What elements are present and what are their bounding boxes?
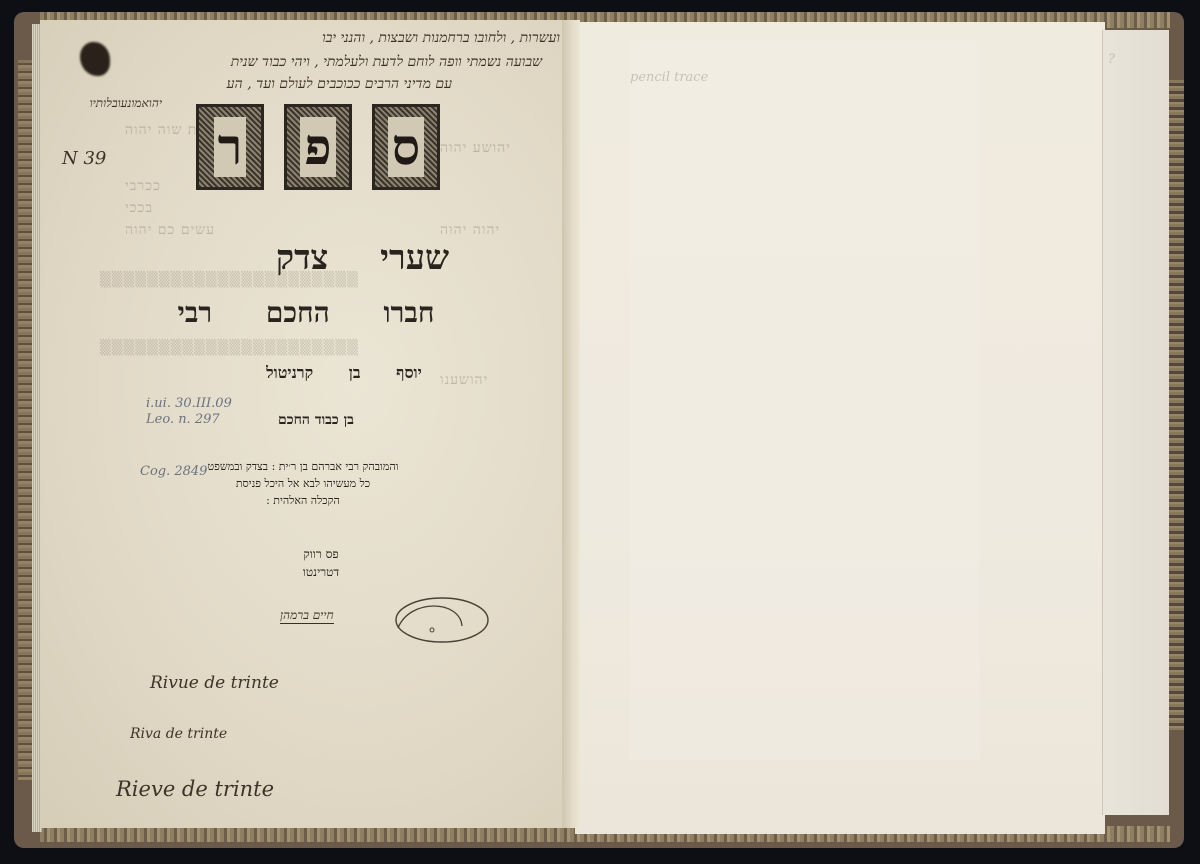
- right-page-pencil-trace: pencil trace: [630, 70, 708, 85]
- handwritten-header-line-4: יהואמונעובלותיו: [52, 96, 162, 111]
- handwritten-header-line-1: ועשרות , ולחובו ברחמנות ושבצות , והנני י…: [120, 30, 560, 47]
- show-through-line: יהוה יהוה: [440, 222, 500, 239]
- binding-edge-right: [1168, 80, 1184, 730]
- right-flyleaf-mark: ?: [1108, 52, 1115, 67]
- book-title: שערי צדק: [250, 238, 475, 278]
- show-through-line: בככי: [125, 200, 153, 217]
- book-gutter: [562, 20, 580, 828]
- woodcut-glyph: פ: [300, 117, 335, 177]
- latin-inscription-2: Riva de trinte: [130, 726, 227, 742]
- woodcut-glyph: ר: [214, 117, 247, 177]
- signature-flourish: [390, 588, 502, 648]
- woodcut-glyph: ס: [388, 117, 424, 177]
- show-through-line: עשים כם יהוה: [125, 222, 215, 239]
- library-mark-2: Leo. n. 297: [146, 412, 220, 427]
- woodcut-letter-samekh: ר: [196, 104, 264, 190]
- right-page-watermark-area: [630, 40, 980, 760]
- latin-inscription-3: Rieve de trinte: [116, 777, 274, 801]
- author-line: יוסף בן קרניטול: [224, 363, 464, 383]
- imprint: פס רווק דטרינטו: [286, 545, 356, 581]
- book-subtitle: חברו החכם רבי: [136, 296, 476, 330]
- body-line: והמובהק רבי אברהם בן ר׳ית : בצדק ובמשפט: [198, 458, 408, 475]
- latin-inscription-1: Rivue de trinte: [150, 673, 279, 693]
- show-through-block: ▒▒▒▒▒▒▒▒▒▒▒▒▒▒▒▒▒▒▒▒▒▒: [100, 340, 359, 356]
- library-mark-3: Cog. 2849: [140, 464, 207, 479]
- imprint-line: דטרינטו: [286, 563, 356, 581]
- title-page-body: והמובהק רבי אברהם בן ר׳ית : בצדק ובמשפט …: [198, 458, 408, 509]
- show-through-line: יהושע יהוה: [440, 140, 511, 157]
- imprint-line: פס רווק: [286, 545, 356, 563]
- author-line-2: בן כבוד החכם: [236, 412, 396, 429]
- woodcut-letter-resh: ס: [372, 104, 440, 190]
- owner-signature: חיים ברמהן: [280, 608, 334, 624]
- show-through-line: ככרבי: [125, 178, 161, 195]
- library-mark-1: i.ui. 30.III.09: [146, 396, 232, 411]
- woodcut-letter-pe: פ: [284, 104, 352, 190]
- right-flyleaf-strip: [1102, 30, 1169, 815]
- woodcut-title: ר פ ס: [196, 104, 440, 190]
- body-line: הקכלה האלהית :: [198, 492, 408, 509]
- shelf-number: N 39: [62, 148, 106, 169]
- body-line: כל מעשיהו לבא אל היכל פניסת: [198, 475, 408, 492]
- handwritten-header-line-3: עם מדיני הרבים ככוכבים לעולם ועד , הע: [52, 76, 452, 93]
- handwritten-header-line-2: שבועה נשמתי וופה לוחם לדעת ולעלמתי , ויה…: [52, 54, 542, 71]
